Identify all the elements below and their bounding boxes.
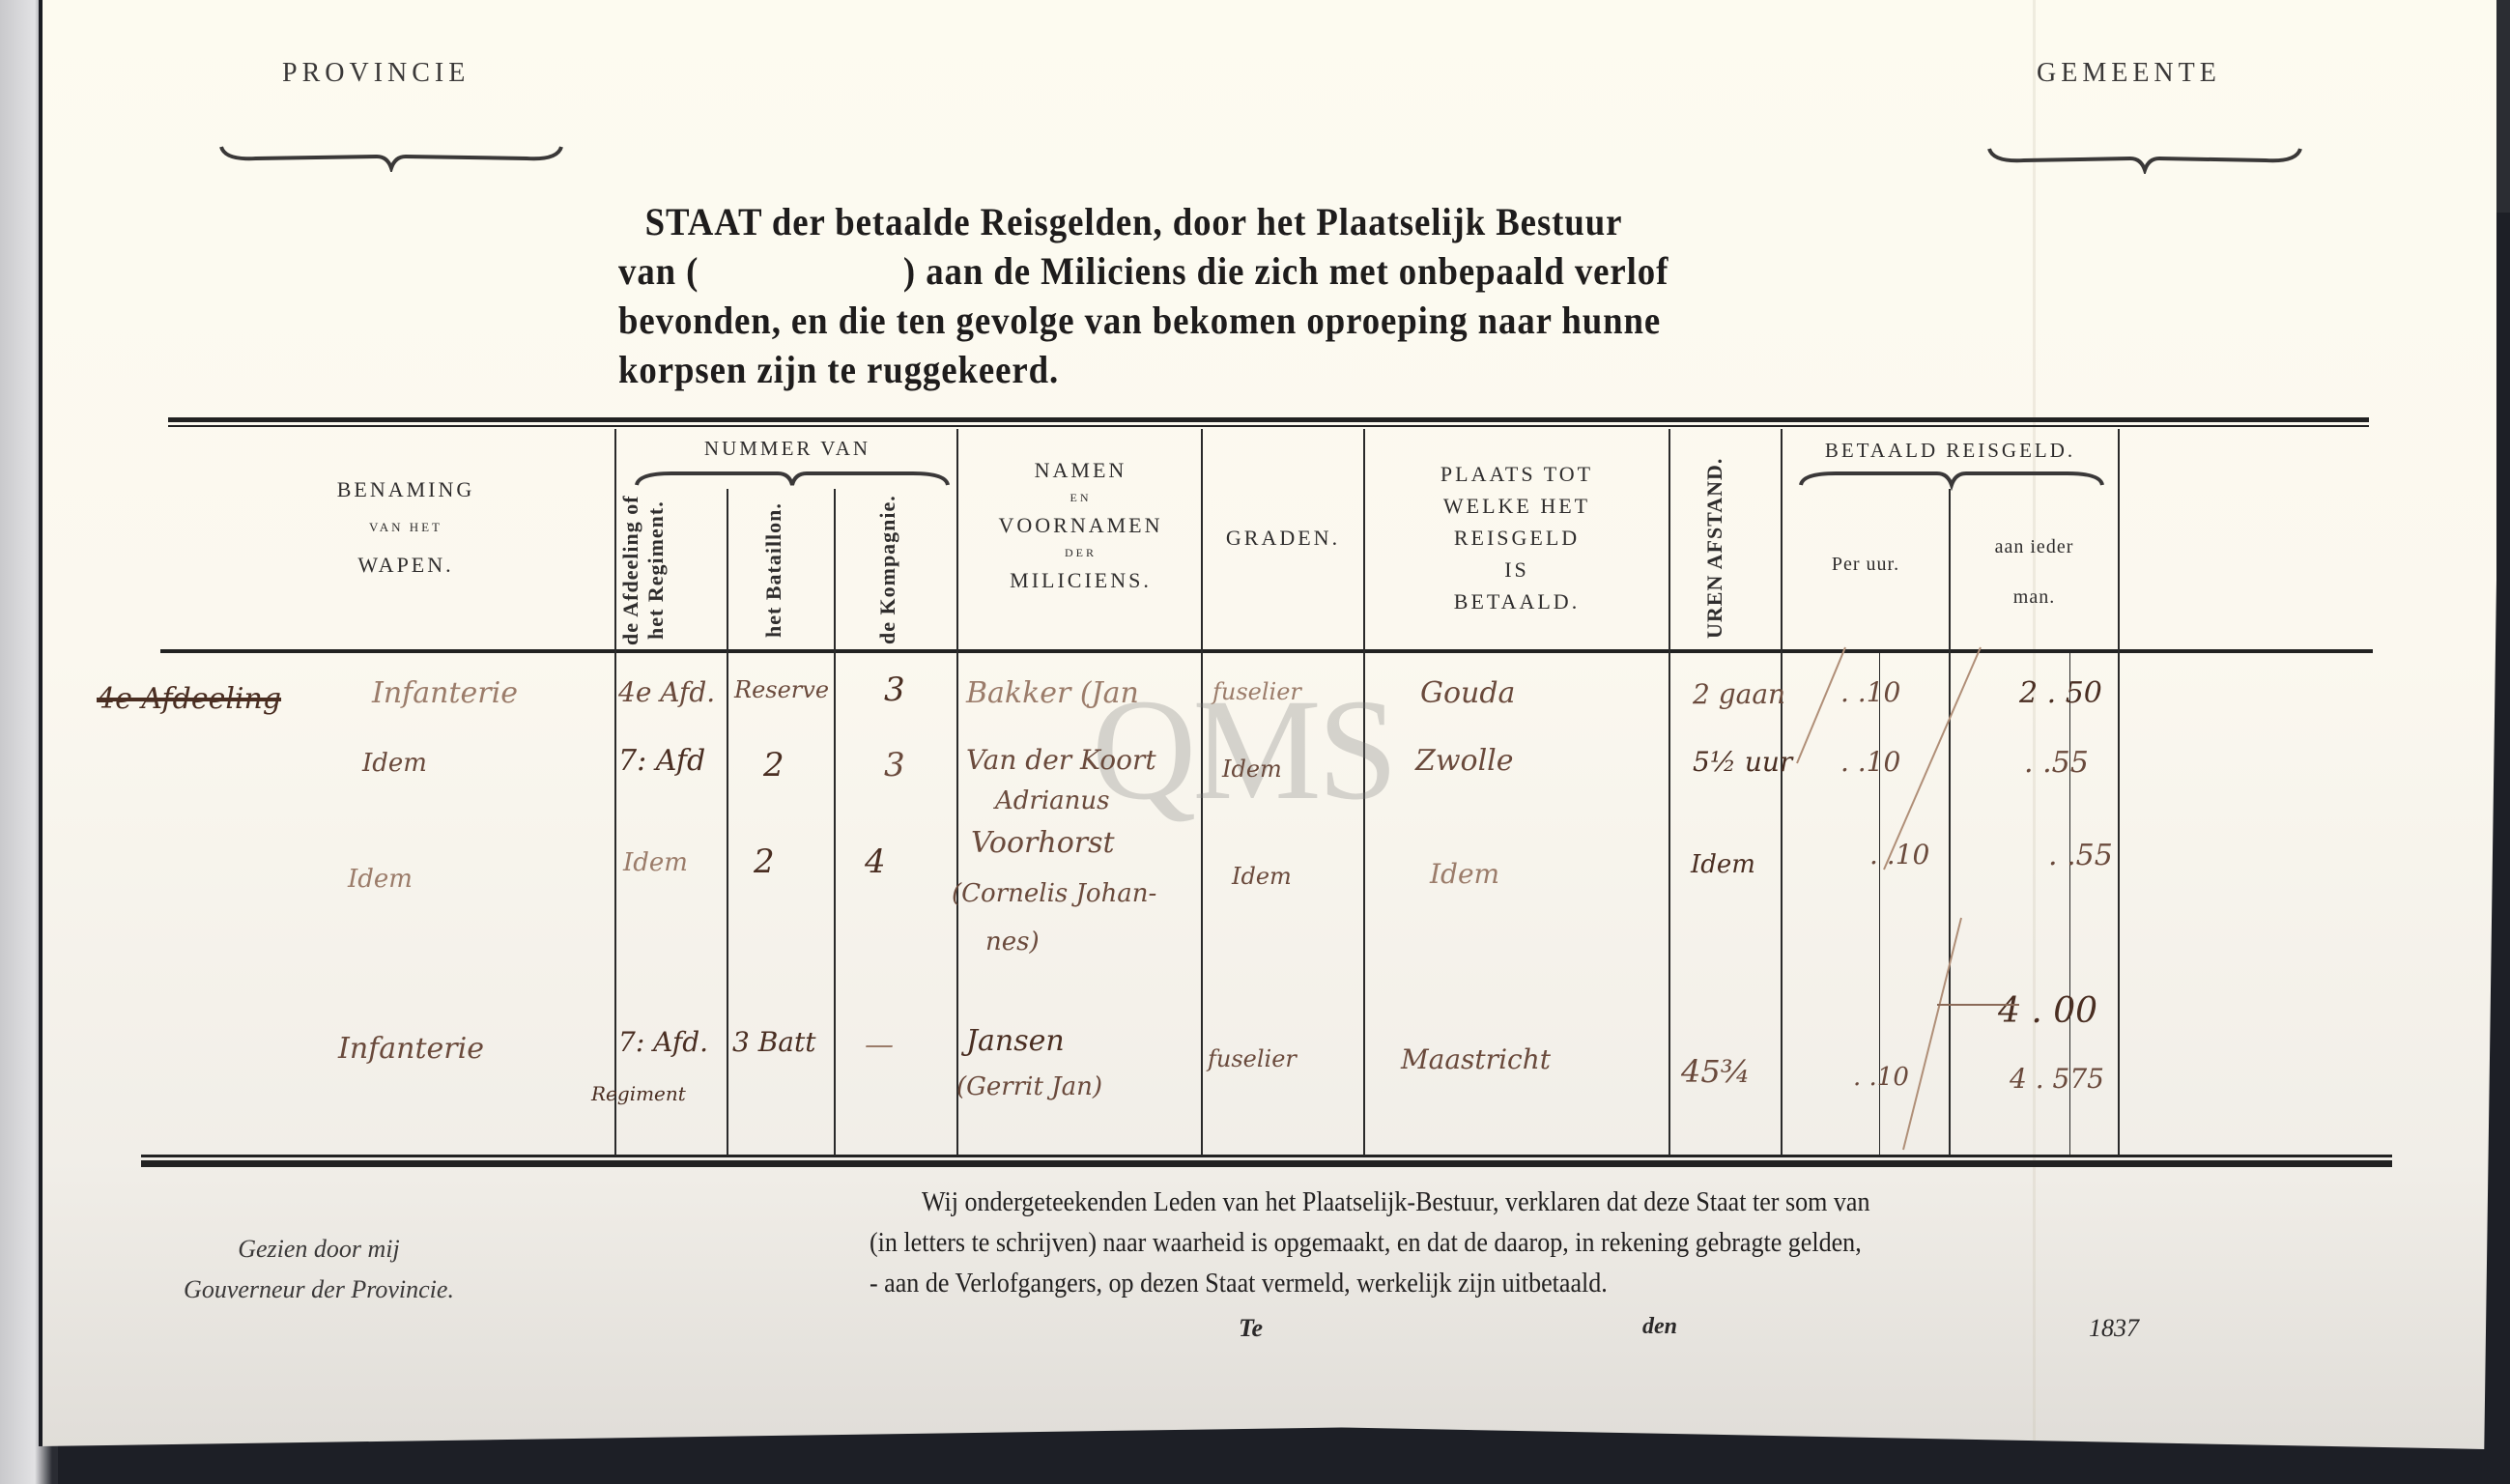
col-header-namen: NAMEN EN VOORNAMEN DER MILICIENS. <box>960 454 1201 596</box>
col-divider <box>956 429 958 1156</box>
col-divider <box>1669 429 1670 1156</box>
col-divider <box>614 429 616 1156</box>
per-man-cell: . .55 <box>2048 839 2113 872</box>
table-bottom-rule-thin <box>141 1155 2392 1157</box>
header-bottom-rule <box>160 649 2373 653</box>
wapen-cell: Idem <box>362 749 427 778</box>
afdeeling-cell: Idem <box>623 848 688 877</box>
gemeente-label: GEMEENTE <box>2037 58 2221 89</box>
col-header-bataillon: het Bataillon. <box>761 493 800 647</box>
graad-cell: Idem <box>1222 756 1282 783</box>
graad-cell: fuselier <box>1212 678 1301 705</box>
header-line: WELKE HET <box>1365 490 1669 522</box>
graad-cell: Idem <box>1232 863 1292 890</box>
per-man-cell: 2 . 50 <box>2019 676 2102 710</box>
graad-cell: fuselier <box>1208 1045 1297 1072</box>
header-line: MILICIENS. <box>960 564 1201 596</box>
header-line: man. <box>1951 572 2118 622</box>
voornaam-cell: Adrianus <box>995 786 1110 815</box>
uren-cell: 2 gaan <box>1693 678 1785 710</box>
declaration-text: Wij ondergeteekenden Leden van het Plaat… <box>870 1183 2199 1304</box>
col-header-wapen: BENAMING VAN HET WAPEN. <box>251 473 560 581</box>
bataillon-cell: 2 <box>763 746 784 785</box>
title-line-1: STAAT der betaalde Reisgelden, door het … <box>618 197 1827 246</box>
title-van: van ( <box>618 249 699 293</box>
provincie-label: PROVINCIE <box>282 58 470 89</box>
plaats-cell: Idem <box>1430 858 1499 890</box>
col-divider <box>834 489 836 1156</box>
table-bottom-rule <box>141 1160 2392 1167</box>
table-top-rule-thin <box>168 425 2369 427</box>
header-line: VAN HET <box>251 511 560 543</box>
wapen-struck-text: 4e Afdeeling <box>97 682 281 716</box>
afdeeling-cell: 4e Afd. <box>618 676 715 708</box>
reisgeld-brace-icon <box>1797 466 2106 491</box>
wapen-cell: Idem <box>348 865 413 894</box>
header-line: DER <box>960 541 1201 564</box>
bataillon-cell: 2 <box>754 842 775 881</box>
year-label: 1837 <box>2089 1314 2139 1343</box>
title-line-3: bevonden, en die ten gevolge van bekomen… <box>618 296 1827 345</box>
gouverneur-label: Gouverneur der Provincie. <box>145 1270 493 1310</box>
header-line: IS <box>1365 554 1669 585</box>
title-line-2-rest: ) aan de Miliciens die zich met onbepaal… <box>903 249 1669 293</box>
pencil-strokes <box>1778 638 2029 1159</box>
col-header-graden: GRADEN. <box>1203 522 1363 554</box>
bataillon-cell: 3 Batt <box>732 1026 816 1058</box>
plaats-cell: Gouda <box>1420 676 1515 710</box>
declaration-line-3: - aan de Verlofgangers, op dezen Staat v… <box>870 1264 2199 1304</box>
provincie-brace-icon <box>217 143 565 172</box>
place-label: Te <box>1239 1314 1263 1343</box>
header-line: REISGELD <box>1365 522 1669 554</box>
header-line: BENAMING <box>251 473 560 505</box>
afdeeling-regiment-cell: Regiment <box>591 1082 686 1105</box>
col-header-aan-ieder-man: aan ieder man. <box>1951 522 2118 622</box>
kompagnie-cell: 3 <box>884 746 905 785</box>
col-divider <box>727 489 728 1156</box>
header-line: aan ieder <box>1951 522 2118 572</box>
col-divider <box>2118 429 2120 1156</box>
header-line: NAMEN <box>960 454 1201 486</box>
kompagnie-cell: — <box>865 1028 894 1062</box>
col-header-plaats: PLAATS TOT WELKE HET REISGELD IS BETAALD… <box>1365 458 1669 617</box>
kompagnie-cell: 4 <box>865 842 886 881</box>
col-header-nummer-van: NUMMER VAN <box>618 433 956 465</box>
wapen-cell: Infanterie <box>338 1032 484 1066</box>
afdeeling-cell: 7: Afd <box>618 744 705 778</box>
table-top-rule <box>168 417 2369 422</box>
naam-cell: Van der Koort <box>966 744 1156 776</box>
col-header-kompagnie: de Kompagnie. <box>875 493 914 647</box>
header-line: VOORNAMEN <box>960 509 1201 541</box>
title-line-4: korpsen zijn te ruggekeerd. <box>618 345 1827 394</box>
naam-cell: Voorhorst <box>971 826 1115 860</box>
gezien-label: Gezien door mij <box>145 1229 493 1270</box>
afdeeling-cell: 7: Afd. <box>618 1026 708 1058</box>
plaats-cell: Zwolle <box>1415 744 1514 778</box>
header-line: BETAALD. <box>1365 585 1669 617</box>
header-line: WAPEN. <box>251 549 560 581</box>
naam-cell: Jansen <box>966 1024 1065 1058</box>
kompagnie-cell: 3 <box>884 671 905 709</box>
voornaam-cell: (Cornelis Johan- <box>952 879 1156 908</box>
declaration-line-1: Wij ondergeteekenden Leden van het Plaat… <box>870 1183 2199 1223</box>
col-header-per-uur: Per uur. <box>1783 549 1949 581</box>
document-title: STAAT der betaalde Reisgelden, door het … <box>618 197 1827 394</box>
per-man-cell: . .55 <box>2024 746 2089 780</box>
header-line: PLAATS TOT <box>1365 458 1669 490</box>
title-line-2: van () aan de Miliciens die zich met onb… <box>618 246 1827 296</box>
uren-cell: 45¾ <box>1681 1053 1751 1090</box>
col-header-uren-afstand: UREN AFSTAND. <box>1702 454 1741 642</box>
wapen-cell: Infanterie <box>372 676 518 710</box>
declaration-line-2: (in letters te schrijven) naar waarheid … <box>870 1223 2199 1264</box>
gemeente-brace-icon <box>1985 145 2304 174</box>
date-label: den <box>1642 1314 1677 1340</box>
bataillon-cell: Reserve <box>734 676 829 703</box>
voornaam-cell: (Gerrit Jan) <box>956 1072 1102 1101</box>
header-line: EN <box>960 486 1201 509</box>
governor-signature-block: Gezien door mij Gouverneur der Provincie… <box>145 1229 493 1310</box>
naam-cell: Bakker (Jan <box>966 676 1139 710</box>
uren-cell: Idem <box>1691 850 1755 879</box>
col-header-betaald-reisgeld: BETAALD REISGELD. <box>1783 435 2118 467</box>
voornaam-cont-cell: nes) <box>985 927 1040 956</box>
col-header-afdeeling: de Afdeeling of het Regiment. <box>618 493 725 647</box>
plaats-cell: Maastricht <box>1401 1043 1551 1075</box>
nummer-brace-icon <box>633 466 952 491</box>
